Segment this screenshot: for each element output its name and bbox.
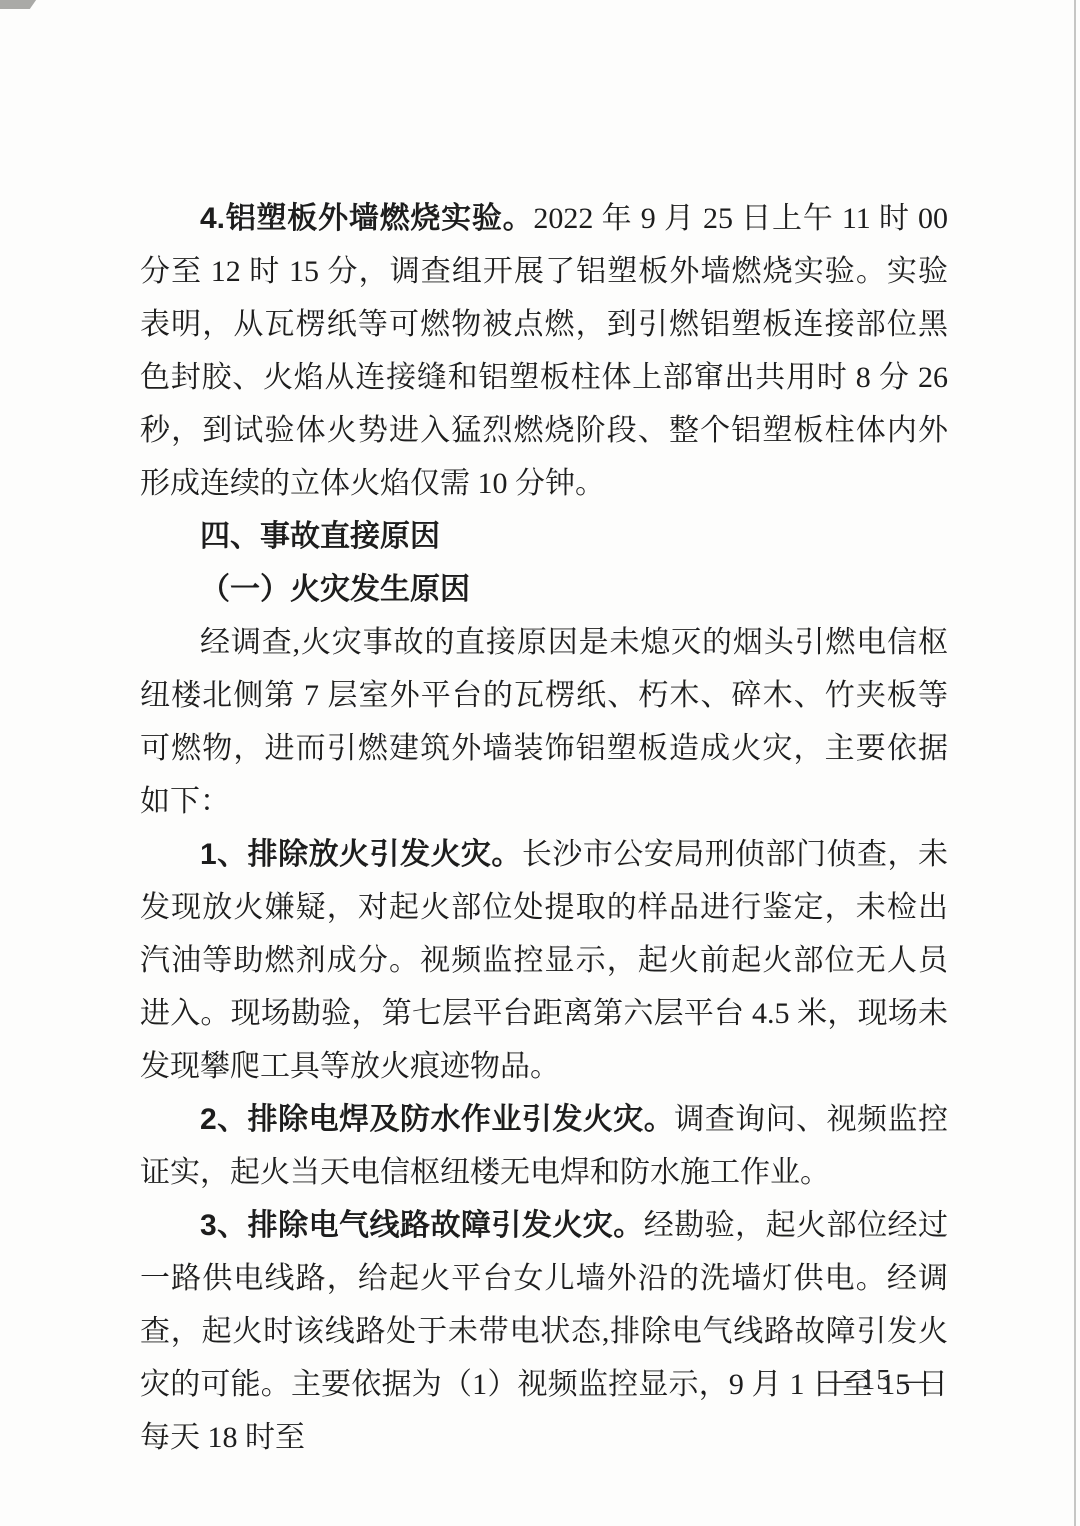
paragraph-lead: 3、排除电气线路故障引发火灾。 — [200, 1209, 644, 1242]
heading-text: 四、事故直接原因 — [200, 520, 440, 553]
paragraph-lead: 1、排除放火引发火灾。 — [200, 838, 522, 871]
document-body: 4.铝塑板外墙燃烧实验。2022 年 9 月 25 日上午 11 时 00 分至… — [140, 192, 948, 1464]
paragraph-investigation-summary: 经调查,火灾事故的直接原因是未熄灭的烟头引燃电信枢纽楼北侧第 7 层室外平台的瓦… — [140, 616, 948, 828]
paragraph-burning-experiment: 4.铝塑板外墙燃烧实验。2022 年 9 月 25 日上午 11 时 00 分至… — [140, 192, 948, 510]
heading-text: （一）火灾发生原因 — [200, 573, 470, 606]
subsection-heading-fire-cause: （一）火灾发生原因 — [140, 563, 948, 616]
paragraph-text: 经调查,火灾事故的直接原因是未熄灭的烟头引燃电信枢纽楼北侧第 7 层室外平台的瓦… — [140, 626, 948, 818]
paragraph-lead: 4.铝塑板外墙燃烧实验。 — [200, 202, 533, 235]
paragraph-rule-out-arson: 1、排除放火引发火灾。长沙市公安局刑侦部门侦查，未发现放火嫌疑，对起火部位处提取… — [140, 828, 948, 1093]
paragraph-text: 经勘验，起火部位经过一路供电线路，给起火平台女儿墙外沿的洗墙灯供电。经调查，起火… — [140, 1209, 948, 1454]
section-heading-direct-cause: 四、事故直接原因 — [140, 510, 948, 563]
page-number: — 15 — — [823, 1364, 931, 1397]
paragraph-text: 长沙市公安局刑侦部门侦查，未发现放火嫌疑，对起火部位处提取的样品进行鉴定，未检出… — [140, 838, 948, 1083]
paragraph-rule-out-electrical: 3、排除电气线路故障引发火灾。经勘验，起火部位经过一路供电线路，给起火平台女儿墙… — [140, 1199, 948, 1464]
paragraph-text: 2022 年 9 月 25 日上午 11 时 00 分至 12 时 15 分，调… — [140, 202, 948, 500]
page-edge-line — [1074, 0, 1076, 1526]
document-page: 4.铝塑板外墙燃烧实验。2022 年 9 月 25 日上午 11 时 00 分至… — [0, 0, 1080, 1526]
scan-artifact — [0, 0, 38, 9]
paragraph-rule-out-welding: 2、排除电焊及防水作业引发火灾。调查询问、视频监控证实，起火当天电信枢纽楼无电焊… — [140, 1093, 948, 1199]
paragraph-lead: 2、排除电焊及防水作业引发火灾。 — [200, 1103, 674, 1136]
